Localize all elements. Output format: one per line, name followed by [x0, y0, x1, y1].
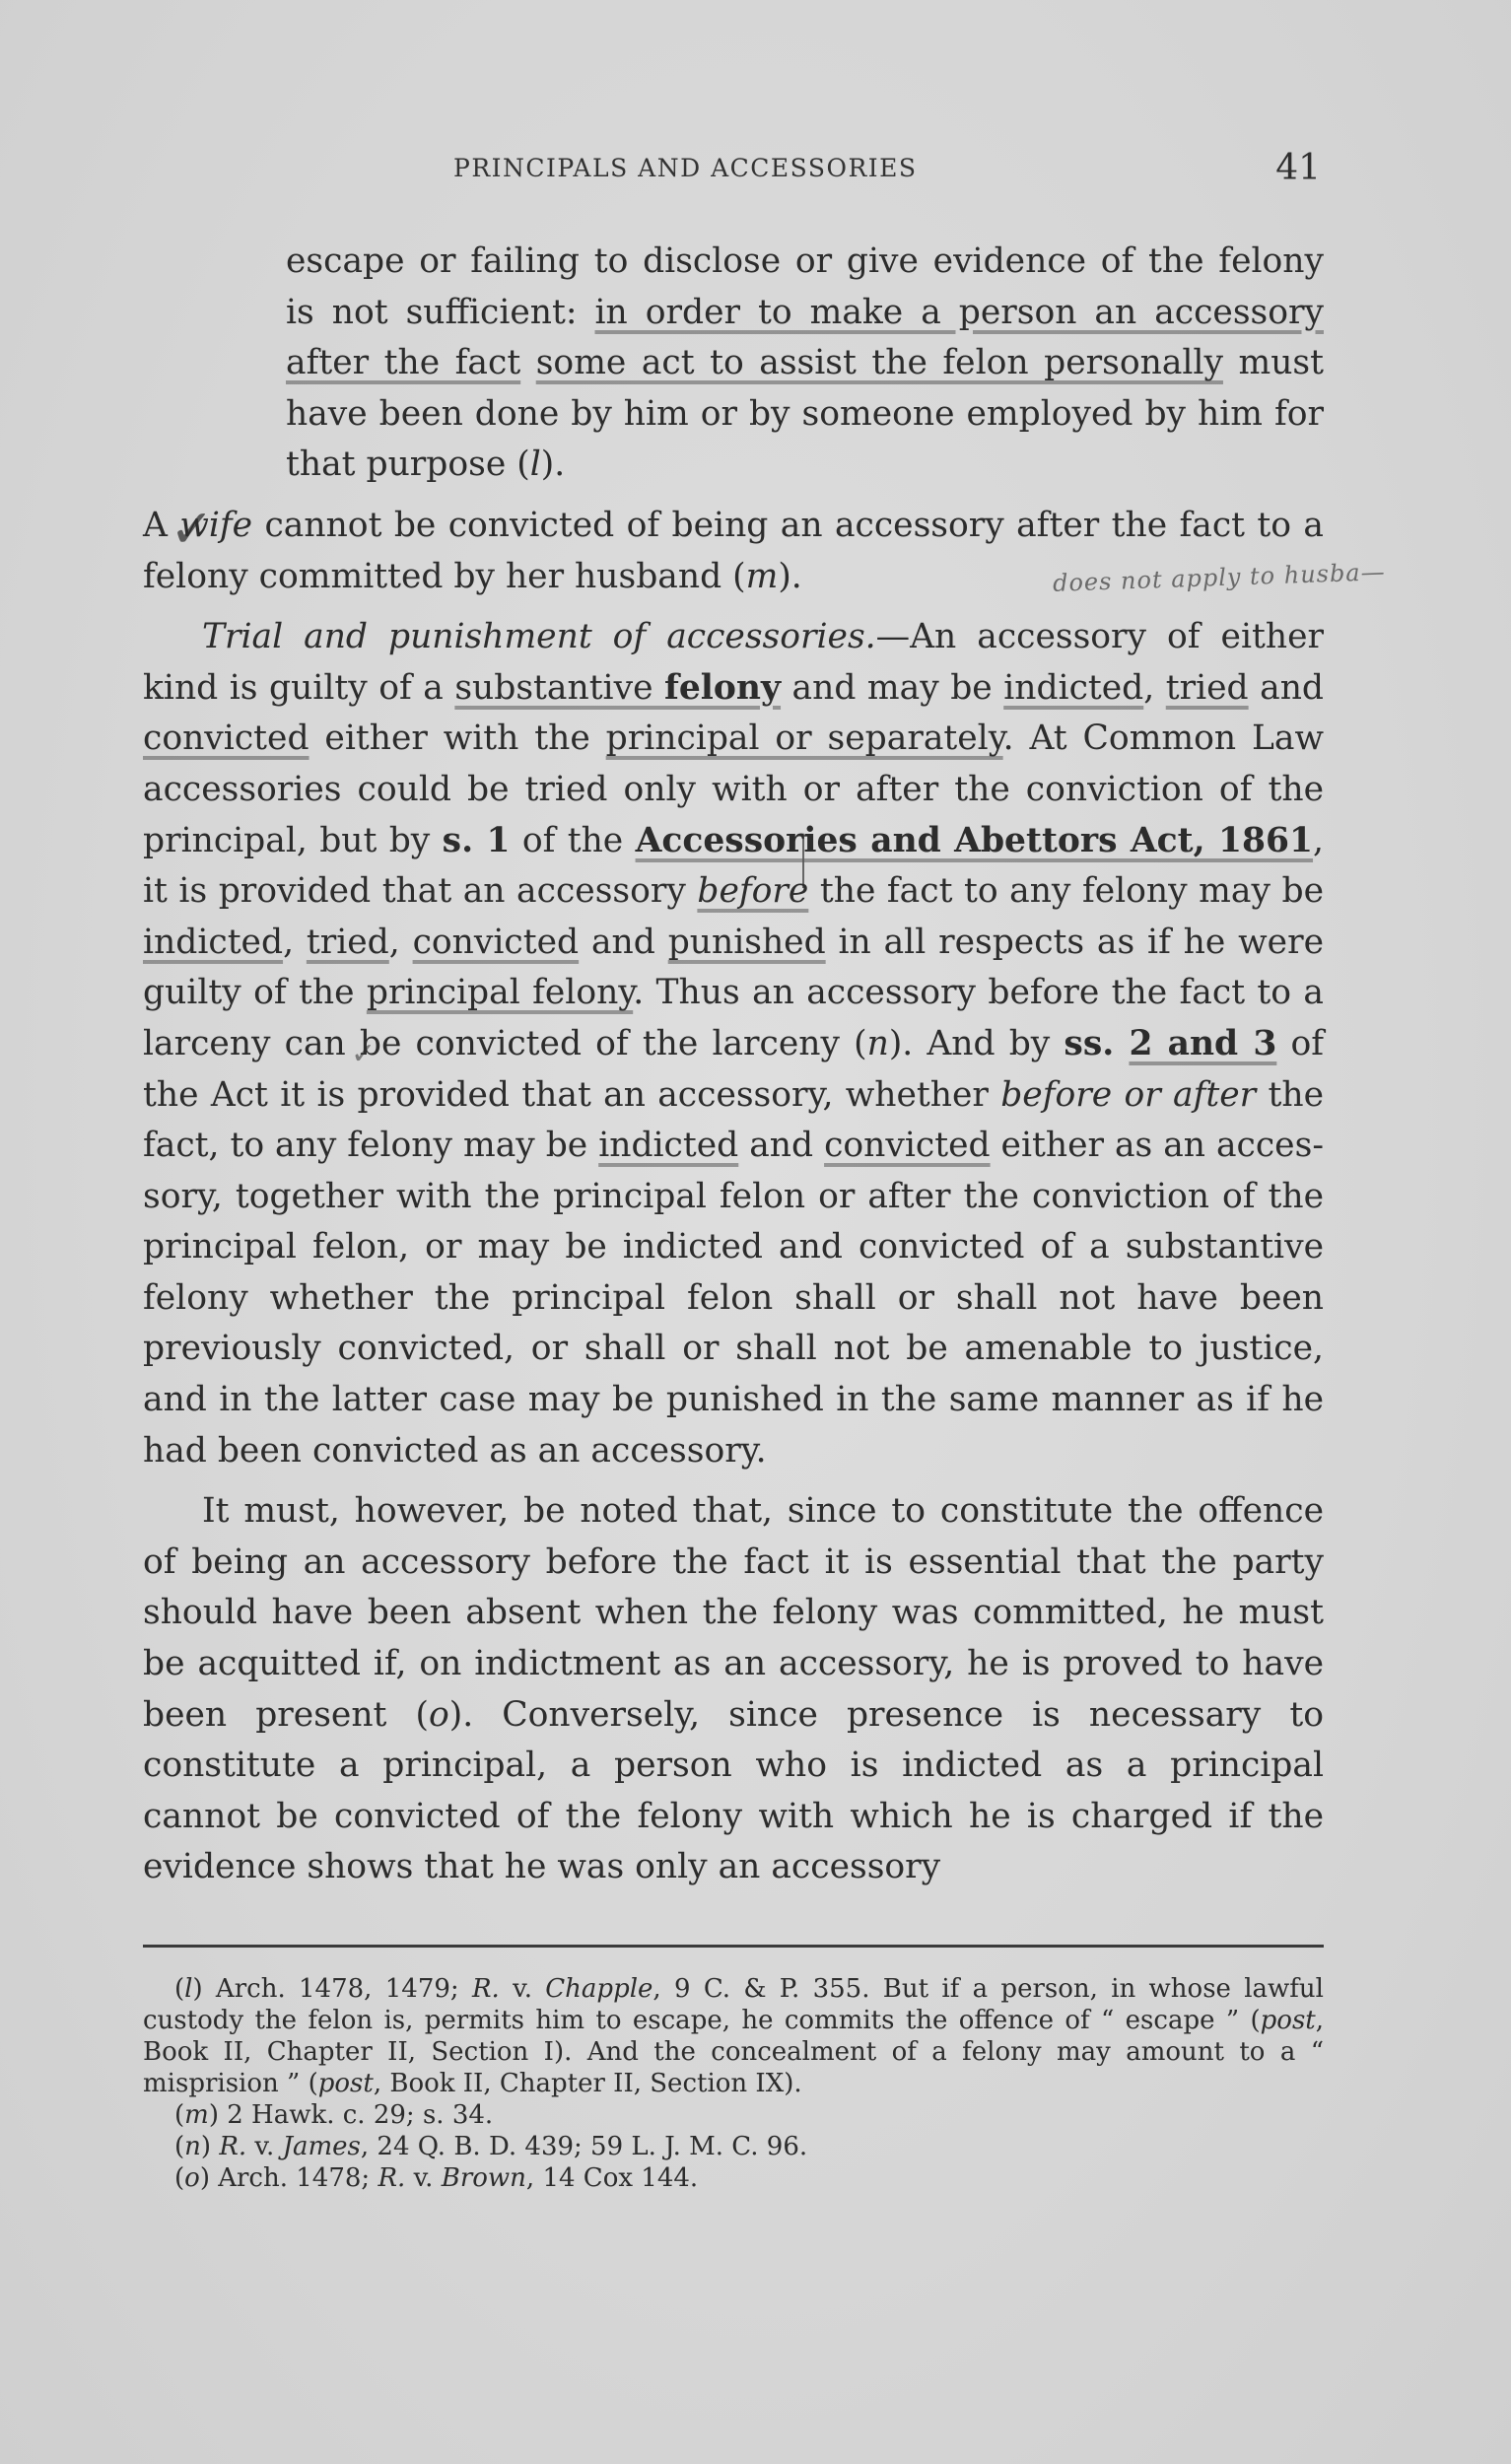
book-page: PRINCIPALS AND ACCESSORIES 41 ✓ ✓ does n… — [0, 0, 1511, 2464]
text-run: R. — [472, 1974, 500, 2004]
text-run: m — [184, 2100, 209, 2130]
text-run: s. 1 — [443, 821, 511, 860]
page-header: PRINCIPALS AND ACCESSORIES 41 — [453, 148, 1321, 187]
text-run: n — [867, 1024, 889, 1063]
text-run: ) Arch. 1478, 1479; — [192, 1974, 471, 2004]
text-run: cannot be convicted of being an accessor… — [143, 506, 1324, 596]
text-run: substantive — [454, 668, 664, 708]
text-run: ) 2 Hawk. c. 29; s. 34. — [209, 2100, 493, 2130]
text-run: ). — [541, 445, 565, 484]
text-run: ( — [174, 2100, 184, 2130]
text-run: 2 and 3 — [1129, 1024, 1276, 1063]
footnotes: (l) Arch. 1478, 1479; R. v. Chapple, 9 C… — [143, 1973, 1324, 2194]
text-run: before or after — [1000, 1075, 1256, 1115]
text-run: R. — [378, 2163, 405, 2193]
text-run: ( — [174, 2163, 184, 2193]
text-run: before — [697, 871, 808, 911]
text-run: , 24 Q. B. D. 439; 59 L. J. M. C. 96. — [361, 2132, 807, 2161]
text-run: v. — [405, 2163, 441, 2193]
text-run: Trial and punishment of accessories. — [202, 617, 876, 656]
text-run: convicted — [413, 923, 580, 962]
text-run: indicted — [598, 1126, 738, 1165]
text-run: of the — [510, 821, 635, 860]
page-number: 41 — [1275, 148, 1321, 188]
text-run: and — [579, 923, 668, 962]
text-run: ). And by — [889, 1024, 1065, 1063]
text-run: , — [1143, 668, 1165, 708]
text-run: either as an acces­sory, together with t… — [143, 1126, 1324, 1471]
text-run: Accessories and Abettors Act, 1861 — [636, 821, 1313, 860]
text-run: convicted — [824, 1126, 991, 1165]
text-run: wife — [179, 506, 252, 545]
paragraph-trial-punishment: Trial and punishment of accessories.—An … — [143, 612, 1324, 1476]
text-run: , — [389, 923, 413, 962]
text-run: ( — [174, 2132, 184, 2161]
text-run: , — [283, 923, 307, 962]
text-run: l — [530, 445, 541, 484]
text-run: m — [746, 557, 779, 596]
text-run: and — [1249, 668, 1324, 708]
text-run: o — [184, 2163, 200, 2193]
text-run: ss. — [1064, 1024, 1129, 1063]
text-run: convicted — [143, 719, 309, 758]
text-run: felony — [664, 668, 781, 708]
text-run: , 14 Cox 144. — [526, 2163, 698, 2193]
text-run: James — [283, 2132, 361, 2161]
text-run: v. — [500, 1974, 545, 2004]
paragraph-must-be-noted: It must, however, be noted that, since t… — [143, 1486, 1324, 1893]
text-run: indicted — [143, 923, 283, 962]
paragraph-escape: escape or failing to disclose or give ev… — [143, 237, 1324, 491]
footnote-n: (n) R. v. James, 24 Q. B. D. 439; 59 L. … — [143, 2131, 1324, 2162]
text-run: principal felony — [367, 973, 633, 1012]
text-run: R. — [219, 2132, 246, 2161]
text-run: Brown — [442, 2163, 526, 2193]
text-run: post — [318, 2069, 374, 2098]
running-title: PRINCIPALS AND ACCESSORIES — [453, 154, 918, 182]
text-run: some act to assist the felon personally — [536, 343, 1223, 382]
paragraph-wife: A wife cannot be convicted of being an a… — [143, 501, 1324, 602]
text-run: post — [1261, 2006, 1316, 2035]
text-run: indicted — [1003, 668, 1143, 708]
body-text: escape or failing to disclose or give ev… — [143, 237, 1324, 1893]
footnote-divider — [143, 1945, 1324, 1948]
text-run: either with the — [309, 719, 606, 758]
text-run: tried — [1166, 668, 1249, 708]
text-run: principal or separately — [606, 719, 1003, 758]
text-run: ) Arch. 1478; — [200, 2163, 378, 2193]
text-run: tried — [307, 923, 389, 962]
text-run: v. — [246, 2132, 282, 2161]
footnote-m: (m) 2 Hawk. c. 29; s. 34. — [143, 2099, 1324, 2131]
text-run: punished — [668, 923, 826, 962]
text-run: ) — [201, 2132, 219, 2161]
text-run: the fact to any felony may be — [808, 871, 1324, 911]
text-run: ( — [174, 1974, 184, 2004]
text-run: n — [184, 2132, 201, 2161]
text-run: o — [429, 1695, 449, 1735]
text-run: ). — [778, 557, 801, 596]
text-run: and — [738, 1126, 824, 1165]
text-run — [520, 343, 536, 382]
text-run: A — [143, 506, 179, 545]
text-run: Chapple — [545, 1974, 652, 2004]
footnote-l: (l) Arch. 1478, 1479; R. v. Chapple, 9 C… — [143, 1973, 1324, 2099]
text-run: , Book II, Chapter II, Section IX). — [374, 2069, 802, 2098]
footnote-o: (o) Arch. 1478; R. v. Brown, 14 Cox 144. — [143, 2162, 1324, 2194]
text-run: and may be — [781, 668, 1003, 708]
